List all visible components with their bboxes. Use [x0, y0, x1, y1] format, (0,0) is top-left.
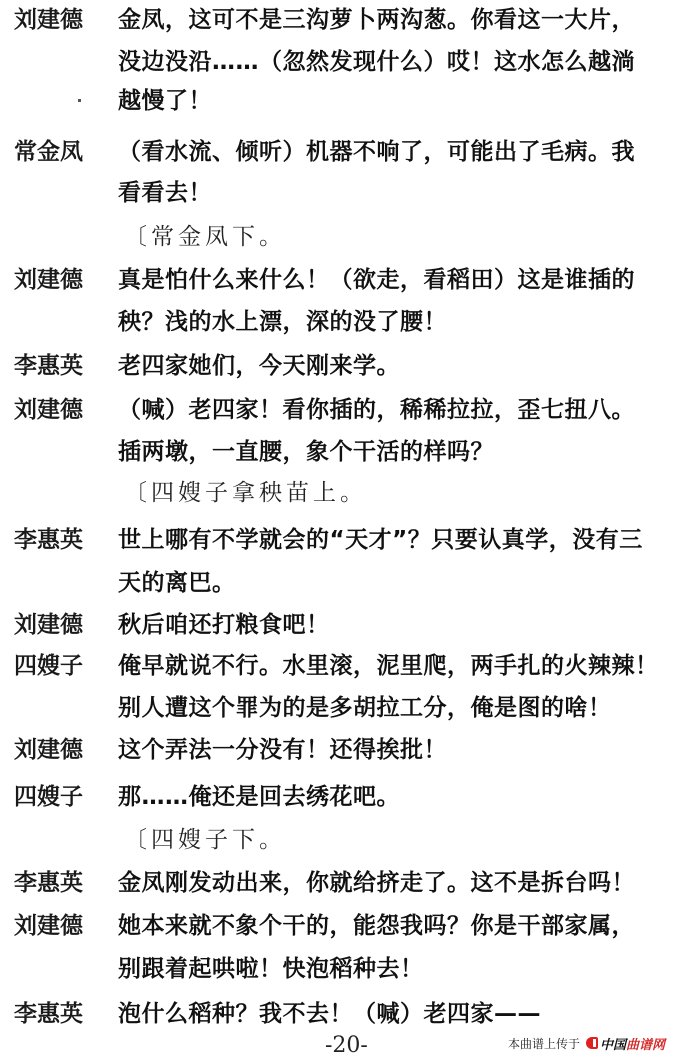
speaker-name: 李惠英 — [14, 351, 106, 381]
stage-direction-text: 〔常金凤下。 — [124, 222, 286, 252]
dialogue-line: 别跟着起哄啦！快泡稻种去！ — [0, 954, 700, 984]
music-score-logo-icon — [586, 1037, 598, 1049]
stage-direction: 〔四嫂子拿秧苗上。 — [0, 478, 700, 508]
dialogue-text: （喊）老四家！看你插的，稀稀拉拉，歪七扭八。 — [118, 395, 635, 425]
dialogue-text: 秧？浅的水上漂，深的没了腰！ — [118, 307, 447, 337]
stage-direction: 〔常金凤下。 — [0, 222, 700, 252]
speaker-name: 常金凤 — [14, 137, 106, 167]
dialogue-line: 刘建德 这个弄法一分没有！还得挨批！ — [0, 735, 700, 765]
dialogue-text: 没边没沿……（忽然发现什么）哎！这水怎么越淌 — [118, 47, 635, 77]
dialogue-line: 看看去！ — [0, 178, 700, 208]
dialogue-line: 李惠英 世上哪有不学就会的“天才”？只要认真学，没有三 — [0, 525, 700, 555]
speaker-name: 四嫂子 — [14, 651, 106, 681]
dialogue-line: 刘建德 （喊）老四家！看你插的，稀稀拉拉，歪七扭八。 — [0, 395, 700, 425]
dialogue-line: 插两墩，一直腰，象个干活的样吗？ — [0, 437, 700, 467]
dialogue-line: 四嫂子 那……俺还是回去绣花吧。 — [0, 782, 700, 812]
dialogue-text: 看看去！ — [118, 178, 212, 208]
dialogue-text: 她本来就不象个干的，能怨我吗？你是干部家属， — [118, 911, 635, 941]
dialogue-text: （看水流、倾听）机器不响了，可能出了毛病。我 — [118, 137, 635, 167]
watermark-prefix: 本曲谱上传于 — [508, 1035, 580, 1052]
dialogue-text: 秋后咱还打粮食吧！ — [118, 610, 330, 640]
dialogue-text: 别跟着起哄啦！快泡稻种去！ — [118, 954, 424, 984]
dialogue-line: 李惠英 泡什么稻种？我不去！（喊）老四家—— — [0, 999, 700, 1029]
dialogue-text: 金凤，这可不是三沟萝卜两沟葱。你看这一大片， — [118, 5, 635, 35]
stage-direction: 〔四嫂子下。 — [0, 825, 700, 855]
speaker-name: 李惠英 — [14, 525, 106, 555]
dialogue-line: 四嫂子 俺早就说不行。水里滚，泥里爬，两手扎的火辣辣！ — [0, 651, 700, 681]
dialogue-text: 天的离巴。 — [118, 568, 236, 598]
dialogue-text: 插两墩，一直腰，象个干活的样吗？ — [118, 437, 494, 467]
dialogue-line: 别人遭这个罪为的是多胡拉工分，俺是图的啥！ — [0, 693, 700, 723]
dialogue-text: 世上哪有不学就会的“天才”？只要认真学，没有三 — [118, 525, 643, 555]
dialogue-line: 刘建德 金凤，这可不是三沟萝卜两沟葱。你看这一大片， — [0, 5, 700, 35]
dialogue-line: 刘建德 秋后咱还打粮食吧！ — [0, 610, 700, 640]
dialogue-text: 真是怕什么来什么！（欲走，看稻田）这是谁插的 — [118, 265, 635, 295]
speaker-name: 刘建德 — [14, 395, 106, 425]
dialogue-line: 天的离巴。 — [0, 568, 700, 598]
speaker-name: 刘建德 — [14, 265, 106, 295]
stray-mark — [78, 99, 81, 102]
page-number: -20- — [325, 1034, 368, 1058]
script-page: 刘建德 金凤，这可不是三沟萝卜两沟葱。你看这一大片， 没边没沿……（忽然发现什么… — [0, 0, 700, 1058]
dialogue-text: 俺早就说不行。水里滚，泥里爬，两手扎的火辣辣！ — [118, 651, 659, 681]
speaker-name: 刘建德 — [14, 911, 106, 941]
dialogue-text: 这个弄法一分没有！还得挨批！ — [118, 735, 447, 765]
dialogue-line: 刘建德 真是怕什么来什么！（欲走，看稻田）这是谁插的 — [0, 265, 700, 295]
dialogue-text: 泡什么稻种？我不去！（喊）老四家—— — [118, 999, 541, 1029]
dialogue-text: 金凤刚发动出来，你就给挤走了。这不是拆台吗！ — [118, 868, 635, 898]
dialogue-line: 秧？浅的水上漂，深的没了腰！ — [0, 307, 700, 337]
speaker-name: 李惠英 — [14, 999, 106, 1029]
stage-direction-text: 〔四嫂子拿秧苗上。 — [124, 478, 367, 508]
dialogue-line: 没边没沿……（忽然发现什么）哎！这水怎么越淌 — [0, 47, 700, 77]
brand-name-part-b: 曲谱网 — [626, 1034, 665, 1053]
brand-name-part-a: 中国 — [600, 1034, 626, 1053]
dialogue-line: 李惠英 金凤刚发动出来，你就给挤走了。这不是拆台吗！ — [0, 868, 700, 898]
speaker-name: 刘建德 — [14, 5, 106, 35]
dialogue-text: 别人遭这个罪为的是多胡拉工分，俺是图的啥！ — [118, 693, 612, 723]
dialogue-line: 越慢了！ — [0, 86, 700, 116]
speaker-name: 四嫂子 — [14, 782, 106, 812]
site-logo[interactable]: 中国 曲谱网 — [586, 1034, 665, 1053]
watermark: 本曲谱上传于 中国 曲谱网 — [508, 1033, 665, 1053]
dialogue-text: 老四家她们，今天刚来学。 — [118, 351, 400, 381]
dialogue-line: 李惠英 老四家她们，今天刚来学。 — [0, 351, 700, 381]
speaker-name: 李惠英 — [14, 868, 106, 898]
speaker-name: 刘建德 — [14, 735, 106, 765]
dialogue-line: 常金凤 （看水流、倾听）机器不响了，可能出了毛病。我 — [0, 137, 700, 167]
dialogue-text: 越慢了！ — [118, 86, 212, 116]
dialogue-line: 刘建德 她本来就不象个干的，能怨我吗？你是干部家属， — [0, 911, 700, 941]
dialogue-text: 那……俺还是回去绣花吧。 — [118, 782, 400, 812]
speaker-name: 刘建德 — [14, 610, 106, 640]
stage-direction-text: 〔四嫂子下。 — [124, 825, 286, 855]
